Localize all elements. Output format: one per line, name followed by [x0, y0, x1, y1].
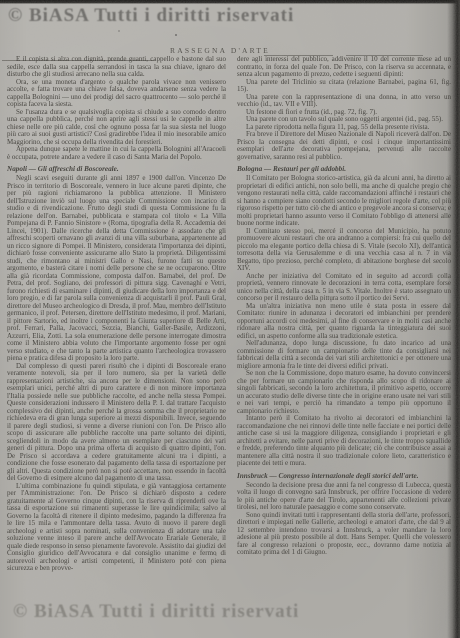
paragraph: Anche per iniziativa del Comitato ed in … [237, 273, 451, 303]
section-heading: Innsbruck — Congresso internazionale deg… [237, 472, 451, 480]
section-heading: Napoli — Gli affreschi di Boscoreale. [7, 165, 226, 173]
scanned-journal-page: © BiASA Tutti i diritti riservati RASSEG… [0, 0, 460, 638]
paragraph: Negli scavi eseguiti durante gli anni 18… [7, 175, 226, 363]
paragraph: Se non che la Commissione, dopo maturo e… [237, 370, 451, 415]
paragraph: Ora, se una moneta d'argento o qualche p… [7, 79, 226, 109]
paragraph: E il copista si alza con dignità, prende… [7, 56, 226, 79]
paragraph: Appena dunque sapete le mattine in cui l… [7, 146, 226, 161]
paragraph: Se l'usanza dura e se qualsivoglia copis… [7, 109, 226, 147]
scan-top-edge-shadow [0, 0, 460, 4]
section-heading: Bologna — Restauri per gli addobbi. [237, 165, 451, 173]
paragraph: Dal complesso di questi pareri risultò c… [7, 363, 226, 483]
right-column: dere agli interessi del pubblico, addive… [237, 56, 451, 606]
paragraph: dere agli interessi del pubblico, addive… [237, 56, 451, 79]
paragraph: Ma un'altra iniziativa non meno utile è … [237, 303, 451, 341]
watermark-top: © BiASA Tutti i diritti riservati [8, 5, 294, 27]
paragraph: Fra breve il Direttore del Museo Naziona… [237, 131, 451, 161]
paragraph: L'ultima combinazione fu quindi stipulat… [7, 483, 226, 573]
catalog-item: Una parete del Triclinio su citata (rela… [237, 79, 451, 94]
paragraph: Intanto però il Comitato ha rivolto ai d… [237, 415, 451, 468]
catalog-item: Una parete con la rappresentazione di un… [237, 94, 451, 109]
page-gutter-shadow [447, 0, 460, 638]
scan-specks [175, 34, 177, 36]
paragraph: Sono quindi invitati tutti i rappresenta… [237, 512, 451, 557]
paragraph: Secondo la decisione presa due anni fa n… [237, 482, 451, 512]
watermark-bottom: © BiASA Tutti i diritti riservati [13, 601, 299, 623]
paragraph: Il Comitato per Bologna storico-artistic… [237, 175, 451, 228]
paragraph: Il Comitato stesso poi, mercé il concors… [237, 228, 451, 273]
page-title: RASSEGNA D'ARTE [170, 46, 270, 55]
paragraph: Nell'adunanza, dopo lunga discussione, f… [237, 340, 451, 370]
left-column: E il copista si alza con dignità, prende… [7, 56, 226, 606]
